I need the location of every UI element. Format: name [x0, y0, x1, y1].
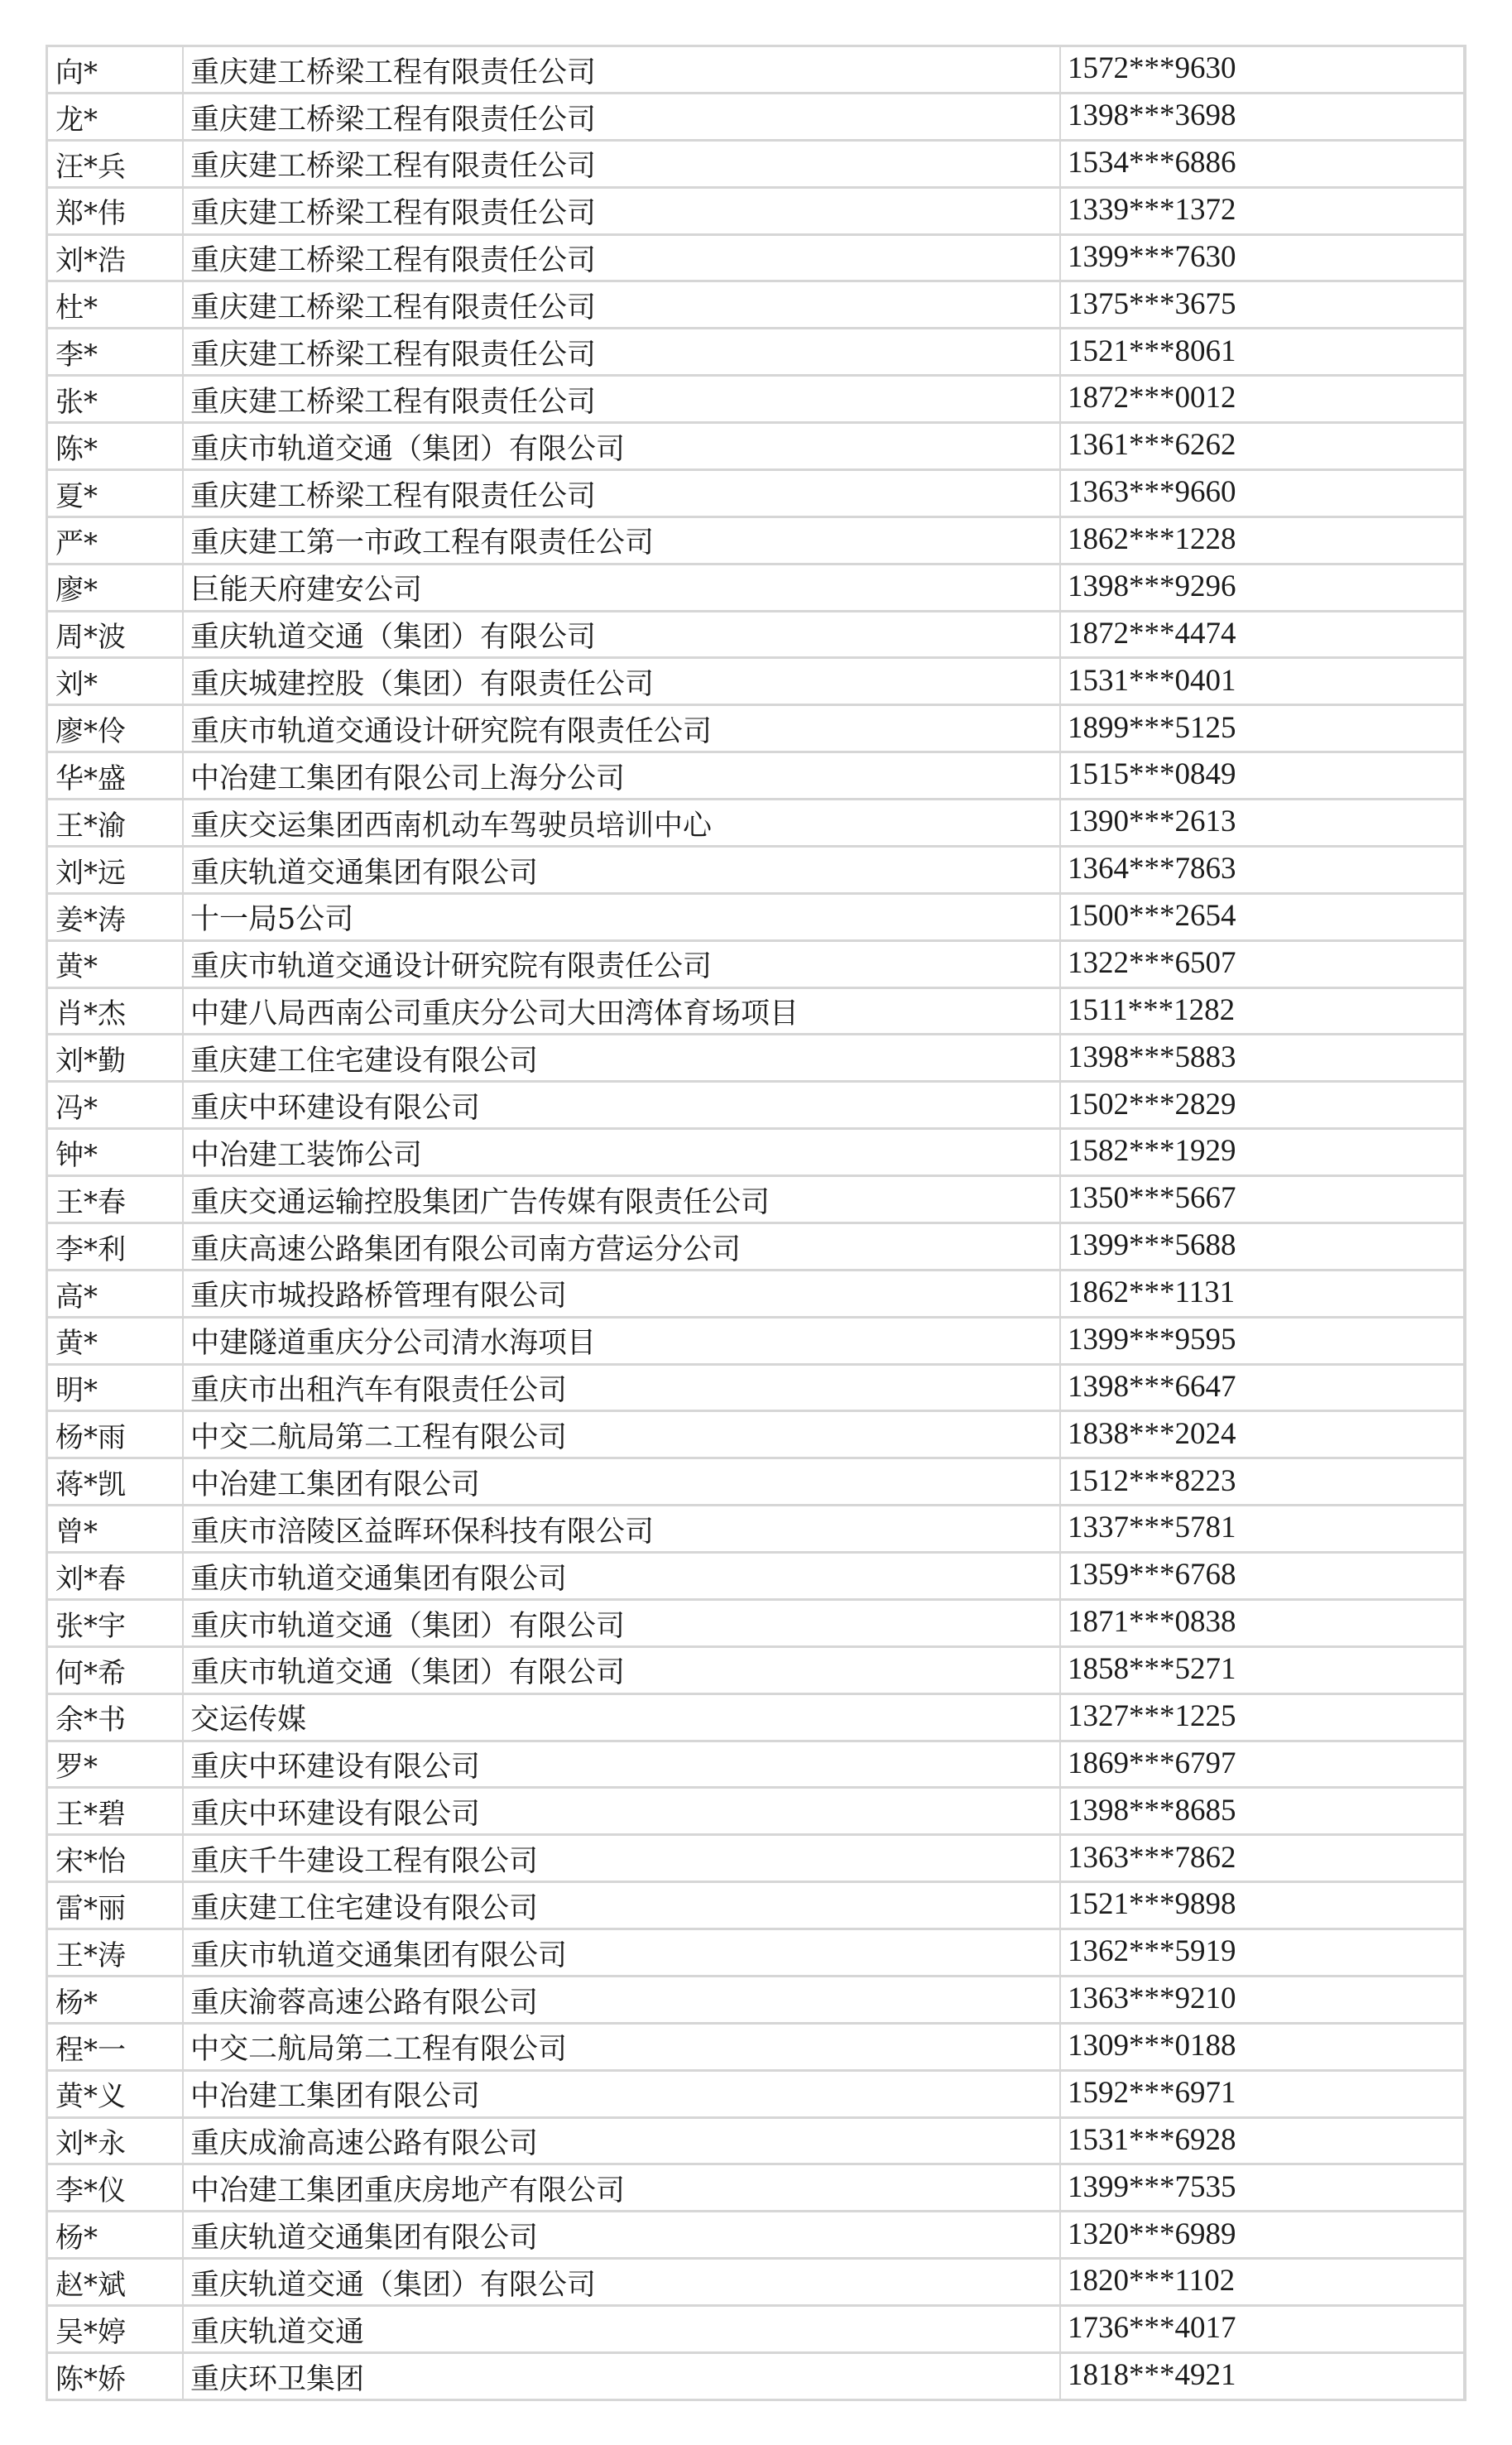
table-row: 杨* 重庆轨道交通集团有限公司 1320***6989: [48, 2212, 1463, 2260]
phone-cell: 1398***3698: [1061, 94, 1463, 139]
name-cell: 李*利: [48, 1224, 184, 1269]
name-cell: 王*春: [48, 1177, 184, 1222]
table-row: 汪*兵 重庆建工桥梁工程有限责任公司 1534***6886: [48, 142, 1463, 189]
name-cell: 余*书: [48, 1695, 184, 1740]
company-cell: 重庆建工桥梁工程有限责任公司: [184, 47, 1061, 92]
phone-cell: 1337***5781: [1061, 1506, 1463, 1551]
table-row: 陈*娇 重庆环卫集团 1818***4921: [48, 2354, 1463, 2401]
company-cell: 重庆市出租汽车有限责任公司: [184, 1366, 1061, 1410]
phone-cell: 1363***7862: [1061, 1836, 1463, 1881]
table-row: 王*碧 重庆中环建设有限公司 1398***8685: [48, 1789, 1463, 1836]
table-row: 刘*春 重庆市轨道交通集团有限公司 1359***6768: [48, 1554, 1463, 1601]
phone-cell: 1820***1102: [1061, 2260, 1463, 2304]
table-row: 明* 重庆市出租汽车有限责任公司 1398***6647: [48, 1366, 1463, 1413]
phone-cell: 1364***7863: [1061, 848, 1463, 892]
company-cell: 交运传媒: [184, 1695, 1061, 1740]
name-cell: 华*盛: [48, 753, 184, 798]
table-row: 雷*丽 重庆建工住宅建设有限公司 1521***9898: [48, 1883, 1463, 1930]
phone-cell: 1582***1929: [1061, 1130, 1463, 1174]
table-row: 廖* 巨能天府建安公司 1398***9296: [48, 565, 1463, 612]
contact-table: 向* 重庆建工桥梁工程有限责任公司 1572***9630 龙* 重庆建工桥梁工…: [46, 45, 1466, 2401]
phone-cell: 1521***9898: [1061, 1883, 1463, 1928]
table-row: 吴*婷 重庆轨道交通 1736***4017: [48, 2307, 1463, 2354]
name-cell: 赵*斌: [48, 2260, 184, 2304]
name-cell: 陈*娇: [48, 2354, 184, 2399]
phone-cell: 1838***2024: [1061, 1412, 1463, 1457]
phone-cell: 1869***6797: [1061, 1742, 1463, 1787]
phone-cell: 1858***5271: [1061, 1648, 1463, 1693]
company-cell: 重庆建工桥梁工程有限责任公司: [184, 94, 1061, 139]
company-cell: 重庆建工桥梁工程有限责任公司: [184, 377, 1061, 421]
name-cell: 廖*: [48, 565, 184, 610]
company-cell: 重庆建工桥梁工程有限责任公司: [184, 189, 1061, 233]
name-cell: 刘*春: [48, 1554, 184, 1598]
phone-cell: 1320***6989: [1061, 2212, 1463, 2257]
name-cell: 汪*兵: [48, 142, 184, 186]
name-cell: 杜*: [48, 282, 184, 327]
table-row: 罗* 重庆中环建设有限公司 1869***6797: [48, 1742, 1463, 1789]
table-row: 王*春 重庆交通运输控股集团广告传媒有限责任公司 1350***5667: [48, 1177, 1463, 1224]
company-cell: 重庆环卫集团: [184, 2354, 1061, 2399]
table-row: 姜*涛 十一局5公司 1500***2654: [48, 895, 1463, 942]
name-cell: 雷*丽: [48, 1883, 184, 1928]
phone-cell: 1592***6971: [1061, 2072, 1463, 2116]
phone-cell: 1818***4921: [1061, 2354, 1463, 2399]
phone-cell: 1322***6507: [1061, 942, 1463, 987]
name-cell: 刘*浩: [48, 236, 184, 281]
company-cell: 重庆城建控股（集团）有限责任公司: [184, 659, 1061, 704]
company-cell: 重庆轨道交通集团有限公司: [184, 848, 1061, 892]
name-cell: 严*: [48, 518, 184, 563]
company-cell: 重庆中环建设有限公司: [184, 1083, 1061, 1127]
name-cell: 吴*婷: [48, 2307, 184, 2351]
company-cell: 重庆中环建设有限公司: [184, 1742, 1061, 1787]
name-cell: 黄*: [48, 942, 184, 987]
name-cell: 刘*远: [48, 848, 184, 892]
table-row: 冯* 重庆中环建设有限公司 1502***2829: [48, 1083, 1463, 1130]
phone-cell: 1500***2654: [1061, 895, 1463, 939]
table-row: 高* 重庆市城投路桥管理有限公司 1862***1131: [48, 1271, 1463, 1319]
name-cell: 杨*雨: [48, 1412, 184, 1457]
phone-cell: 1899***5125: [1061, 706, 1463, 751]
phone-cell: 1399***5688: [1061, 1224, 1463, 1269]
table-row: 何*希 重庆市轨道交通（集团）有限公司 1858***5271: [48, 1648, 1463, 1695]
name-cell: 杨*: [48, 1977, 184, 2022]
table-row: 严* 重庆建工第一市政工程有限责任公司 1862***1228: [48, 518, 1463, 565]
name-cell: 何*希: [48, 1648, 184, 1693]
company-cell: 重庆建工桥梁工程有限责任公司: [184, 329, 1061, 374]
name-cell: 曾*: [48, 1506, 184, 1551]
table-row: 刘*远 重庆轨道交通集团有限公司 1364***7863: [48, 848, 1463, 895]
company-cell: 重庆市轨道交通设计研究院有限责任公司: [184, 942, 1061, 987]
company-cell: 重庆建工桥梁工程有限责任公司: [184, 282, 1061, 327]
phone-cell: 1390***2613: [1061, 800, 1463, 845]
phone-cell: 1399***7535: [1061, 2165, 1463, 2210]
name-cell: 张*宇: [48, 1601, 184, 1645]
phone-cell: 1871***0838: [1061, 1601, 1463, 1645]
company-cell: 巨能天府建安公司: [184, 565, 1061, 610]
name-cell: 刘*: [48, 659, 184, 704]
name-cell: 肖*杰: [48, 989, 184, 1034]
phone-cell: 1572***9630: [1061, 47, 1463, 92]
company-cell: 中交二航局第二工程有限公司: [184, 1412, 1061, 1457]
table-row: 钟* 中冶建工装饰公司 1582***1929: [48, 1130, 1463, 1177]
table-row: 刘*勤 重庆建工住宅建设有限公司 1398***5883: [48, 1035, 1463, 1083]
name-cell: 夏*: [48, 471, 184, 516]
company-cell: 重庆建工第一市政工程有限责任公司: [184, 518, 1061, 563]
company-cell: 重庆建工住宅建设有限公司: [184, 1035, 1061, 1080]
table-row: 李*利 重庆高速公路集团有限公司南方营运分公司 1399***5688: [48, 1224, 1463, 1271]
table-row: 向* 重庆建工桥梁工程有限责任公司 1572***9630: [48, 47, 1463, 94]
phone-cell: 1362***5919: [1061, 1930, 1463, 1975]
company-cell: 重庆市轨道交通设计研究院有限责任公司: [184, 706, 1061, 751]
name-cell: 郑*伟: [48, 189, 184, 233]
name-cell: 陈*: [48, 424, 184, 468]
company-cell: 重庆建工桥梁工程有限责任公司: [184, 142, 1061, 186]
table-row: 黄* 重庆市轨道交通设计研究院有限责任公司 1322***6507: [48, 942, 1463, 989]
name-cell: 张*: [48, 377, 184, 421]
table-row: 李*仪 中冶建工集团重庆房地产有限公司 1399***7535: [48, 2165, 1463, 2212]
phone-cell: 1872***0012: [1061, 377, 1463, 421]
phone-cell: 1512***8223: [1061, 1459, 1463, 1504]
company-cell: 重庆高速公路集团有限公司南方营运分公司: [184, 1224, 1061, 1269]
table-row: 王*涛 重庆市轨道交通集团有限公司 1362***5919: [48, 1930, 1463, 1977]
name-cell: 杨*: [48, 2212, 184, 2257]
phone-cell: 1361***6262: [1061, 424, 1463, 468]
table-row: 刘*浩 重庆建工桥梁工程有限责任公司 1399***7630: [48, 236, 1463, 283]
company-cell: 重庆轨道交通集团有限公司: [184, 2212, 1061, 2257]
company-cell: 中交二航局第二工程有限公司: [184, 2025, 1061, 2069]
company-cell: 重庆建工住宅建设有限公司: [184, 1883, 1061, 1928]
company-cell: 中冶建工集团重庆房地产有限公司: [184, 2165, 1061, 2210]
phone-cell: 1398***9296: [1061, 565, 1463, 610]
company-cell: 重庆市城投路桥管理有限公司: [184, 1271, 1061, 1316]
table-row: 张*宇 重庆市轨道交通（集团）有限公司 1871***0838: [48, 1601, 1463, 1648]
name-cell: 罗*: [48, 1742, 184, 1787]
phone-cell: 1375***3675: [1061, 282, 1463, 327]
table-row: 程*一 中交二航局第二工程有限公司 1309***0188: [48, 2025, 1463, 2072]
name-cell: 黄*: [48, 1319, 184, 1363]
name-cell: 冯*: [48, 1083, 184, 1127]
company-cell: 中冶建工集团有限公司上海分公司: [184, 753, 1061, 798]
phone-cell: 1363***9210: [1061, 1977, 1463, 2022]
company-cell: 重庆渝蓉高速公路有限公司: [184, 1977, 1061, 2022]
phone-cell: 1511***1282: [1061, 989, 1463, 1034]
table-row: 刘* 重庆城建控股（集团）有限责任公司 1531***0401: [48, 659, 1463, 706]
company-cell: 重庆交通运输控股集团广告传媒有限责任公司: [184, 1177, 1061, 1222]
table-row: 黄* 中建隧道重庆分公司清水海项目 1399***9595: [48, 1319, 1463, 1366]
company-cell: 中冶建工集团有限公司: [184, 2072, 1061, 2116]
name-cell: 明*: [48, 1366, 184, 1410]
company-cell: 重庆市涪陵区益晖环保科技有限公司: [184, 1506, 1061, 1551]
table-row: 华*盛 中冶建工集团有限公司上海分公司 1515***0849: [48, 753, 1463, 800]
company-cell: 中建隧道重庆分公司清水海项目: [184, 1319, 1061, 1363]
company-cell: 重庆市轨道交通（集团）有限公司: [184, 1601, 1061, 1645]
name-cell: 高*: [48, 1271, 184, 1316]
table-row: 廖*伶 重庆市轨道交通设计研究院有限责任公司 1899***5125: [48, 706, 1463, 753]
phone-cell: 1398***8685: [1061, 1789, 1463, 1833]
name-cell: 王*涛: [48, 1930, 184, 1975]
phone-cell: 1399***7630: [1061, 236, 1463, 281]
company-cell: 重庆市轨道交通（集团）有限公司: [184, 1648, 1061, 1693]
company-cell: 重庆成渝高速公路有限公司: [184, 2119, 1061, 2164]
table-row: 余*书 交运传媒 1327***1225: [48, 1695, 1463, 1742]
table-row: 宋*怡 重庆千牛建设工程有限公司 1363***7862: [48, 1836, 1463, 1883]
table-row: 郑*伟 重庆建工桥梁工程有限责任公司 1339***1372: [48, 189, 1463, 236]
company-cell: 重庆千牛建设工程有限公司: [184, 1836, 1061, 1881]
phone-cell: 1862***1228: [1061, 518, 1463, 563]
company-cell: 重庆市轨道交通集团有限公司: [184, 1930, 1061, 1975]
company-cell: 重庆建工桥梁工程有限责任公司: [184, 236, 1061, 281]
company-cell: 重庆市轨道交通（集团）有限公司: [184, 424, 1061, 468]
table-row: 李* 重庆建工桥梁工程有限责任公司 1521***8061: [48, 329, 1463, 377]
name-cell: 钟*: [48, 1130, 184, 1174]
name-cell: 龙*: [48, 94, 184, 139]
table-row: 赵*斌 重庆轨道交通（集团）有限公司 1820***1102: [48, 2260, 1463, 2307]
phone-cell: 1502***2829: [1061, 1083, 1463, 1127]
name-cell: 刘*永: [48, 2119, 184, 2164]
phone-cell: 1363***9660: [1061, 471, 1463, 516]
table-row: 杨*雨 中交二航局第二工程有限公司 1838***2024: [48, 1412, 1463, 1459]
phone-cell: 1398***6647: [1061, 1366, 1463, 1410]
name-cell: 王*渝: [48, 800, 184, 845]
phone-cell: 1521***8061: [1061, 329, 1463, 374]
phone-cell: 1339***1372: [1061, 189, 1463, 233]
name-cell: 李*仪: [48, 2165, 184, 2210]
table-row: 曾* 重庆市涪陵区益晖环保科技有限公司 1337***5781: [48, 1506, 1463, 1554]
table-row: 王*渝 重庆交运集团西南机动车驾驶员培训中心 1390***2613: [48, 800, 1463, 848]
name-cell: 王*碧: [48, 1789, 184, 1833]
phone-cell: 1350***5667: [1061, 1177, 1463, 1222]
table-row: 蒋*凯 中冶建工集团有限公司 1512***8223: [48, 1459, 1463, 1506]
phone-cell: 1736***4017: [1061, 2307, 1463, 2351]
phone-cell: 1359***6768: [1061, 1554, 1463, 1598]
table-row: 周*波 重庆轨道交通（集团）有限公司 1872***4474: [48, 612, 1463, 660]
table-row: 刘*永 重庆成渝高速公路有限公司 1531***6928: [48, 2119, 1463, 2166]
phone-cell: 1531***6928: [1061, 2119, 1463, 2164]
phone-cell: 1327***1225: [1061, 1695, 1463, 1740]
company-cell: 重庆轨道交通: [184, 2307, 1061, 2351]
phone-cell: 1872***4474: [1061, 612, 1463, 657]
phone-cell: 1399***9595: [1061, 1319, 1463, 1363]
company-cell: 中建八局西南公司重庆分公司大田湾体育场项目: [184, 989, 1061, 1034]
name-cell: 廖*伶: [48, 706, 184, 751]
table-row: 杜* 重庆建工桥梁工程有限责任公司 1375***3675: [48, 282, 1463, 329]
company-cell: 重庆建工桥梁工程有限责任公司: [184, 471, 1061, 516]
table-row: 陈* 重庆市轨道交通（集团）有限公司 1361***6262: [48, 424, 1463, 471]
table-row: 杨* 重庆渝蓉高速公路有限公司 1363***9210: [48, 1977, 1463, 2025]
name-cell: 周*波: [48, 612, 184, 657]
company-cell: 重庆交运集团西南机动车驾驶员培训中心: [184, 800, 1061, 845]
table-row: 夏* 重庆建工桥梁工程有限责任公司 1363***9660: [48, 471, 1463, 518]
company-cell: 中冶建工装饰公司: [184, 1130, 1061, 1174]
phone-cell: 1531***0401: [1061, 659, 1463, 704]
table-row: 龙* 重庆建工桥梁工程有限责任公司 1398***3698: [48, 94, 1463, 142]
name-cell: 姜*涛: [48, 895, 184, 939]
company-cell: 重庆中环建设有限公司: [184, 1789, 1061, 1833]
name-cell: 李*: [48, 329, 184, 374]
phone-cell: 1398***5883: [1061, 1035, 1463, 1080]
table-row: 肖*杰 中建八局西南公司重庆分公司大田湾体育场项目 1511***1282: [48, 989, 1463, 1036]
name-cell: 刘*勤: [48, 1035, 184, 1080]
phone-cell: 1862***1131: [1061, 1271, 1463, 1316]
company-cell: 重庆轨道交通（集团）有限公司: [184, 612, 1061, 657]
name-cell: 向*: [48, 47, 184, 92]
name-cell: 黄*义: [48, 2072, 184, 2116]
name-cell: 蒋*凯: [48, 1459, 184, 1504]
company-cell: 中冶建工集团有限公司: [184, 1459, 1061, 1504]
table-row: 黄*义 中冶建工集团有限公司 1592***6971: [48, 2072, 1463, 2119]
name-cell: 程*一: [48, 2025, 184, 2069]
table-row: 张* 重庆建工桥梁工程有限责任公司 1872***0012: [48, 377, 1463, 424]
company-cell: 重庆轨道交通（集团）有限公司: [184, 2260, 1061, 2304]
name-cell: 宋*怡: [48, 1836, 184, 1881]
company-cell: 重庆市轨道交通集团有限公司: [184, 1554, 1061, 1598]
phone-cell: 1534***6886: [1061, 142, 1463, 186]
phone-cell: 1515***0849: [1061, 753, 1463, 798]
company-cell: 十一局5公司: [184, 895, 1061, 939]
phone-cell: 1309***0188: [1061, 2025, 1463, 2069]
